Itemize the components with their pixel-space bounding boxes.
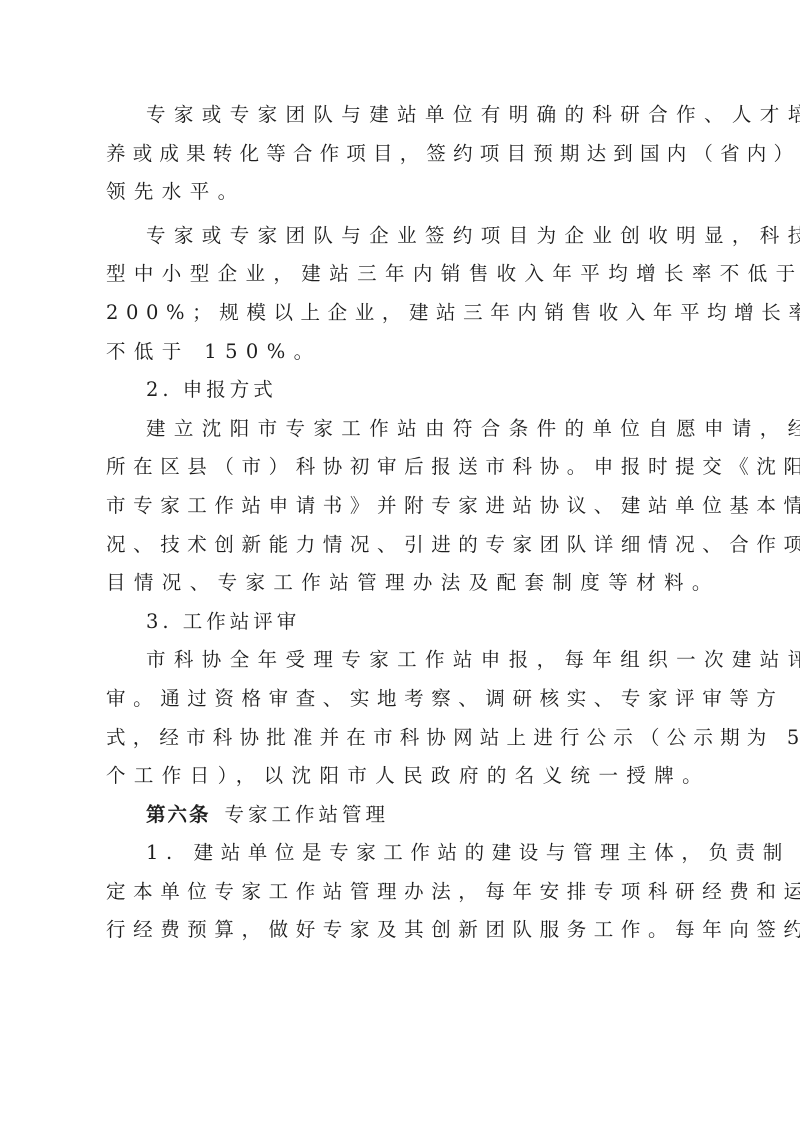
text-line: 市专家工作站申请书》并附专家进站协议、建站单位基本情: [106, 487, 698, 526]
paragraph-review-process: 市科协全年受理专家工作站申报，每年组织一次建站评 审。通过资格审查、实地考察、调…: [106, 641, 698, 795]
text-line: 行经费预算，做好专家及其创新团队服务工作。每年向签约: [106, 911, 698, 950]
article-number: 第六条: [146, 803, 211, 826]
paragraph-management-responsibility: 1. 建站单位是专家工作站的建设与管理主体，负责制 定本单位专家工作站管理办法，…: [106, 834, 698, 950]
section-heading-application-method: 2. 申报方式: [106, 371, 698, 410]
text-line: 养或成果转化等合作项目，签约项目预期达到国内（省内）: [106, 135, 698, 174]
document-page: 专家或专家团队与建站单位有明确的科研合作、人才培 养或成果转化等合作项目，签约项…: [106, 96, 698, 950]
text-line: 领先水平。: [106, 173, 698, 212]
article-title: 专家工作站管理: [225, 803, 390, 826]
paragraph-cooperation-projects: 专家或专家团队与建站单位有明确的科研合作、人才培 养或成果转化等合作项目，签约项…: [106, 96, 698, 212]
text-line: 专家或专家团队与企业签约项目为企业创收明显，科技: [106, 217, 698, 256]
text-line: 不低于 150%。: [106, 333, 698, 372]
section-heading-station-review: 3. 工作站评审: [106, 603, 698, 642]
text-line: 个工作日），以沈阳市人民政府的名义统一授牌。: [106, 757, 698, 796]
text-line: 专家或专家团队与建站单位有明确的科研合作、人才培: [106, 96, 698, 135]
text-line: 建立沈阳市专家工作站由符合条件的单位自愿申请，经: [106, 410, 698, 449]
text-line: 定本单位专家工作站管理办法，每年安排专项科研经费和运: [106, 873, 698, 912]
text-line: 市科协全年受理专家工作站申报，每年组织一次建站评: [106, 641, 698, 680]
text-line: 200%；规模以上企业，建站三年内销售收入年平均增长率: [106, 294, 698, 333]
text-line: 目情况、专家工作站管理办法及配套制度等材料。: [106, 564, 698, 603]
text-line: 型中小型企业，建站三年内销售收入年平均增长率不低于: [106, 255, 698, 294]
text-line: 所在区县（市）科协初审后报送市科协。申报时提交《沈阳: [106, 448, 698, 487]
text-line: 审。通过资格审查、实地考察、调研核实、专家评审等方: [106, 680, 698, 719]
text-line: 式，经市科协批准并在市科协网站上进行公示（公示期为 5: [106, 719, 698, 758]
text-line: 况、技术创新能力情况、引进的专家团队详细情况、合作项: [106, 526, 698, 565]
paragraph-revenue-growth: 专家或专家团队与企业签约项目为企业创收明显，科技 型中小型企业，建站三年内销售收…: [106, 217, 698, 371]
paragraph-application-process: 建立沈阳市专家工作站由符合条件的单位自愿申请，经 所在区县（市）科协初审后报送市…: [106, 410, 698, 603]
text-line: 1. 建站单位是专家工作站的建设与管理主体，负责制: [106, 834, 698, 873]
article-heading-station-management: 第六条专家工作站管理: [106, 796, 698, 835]
